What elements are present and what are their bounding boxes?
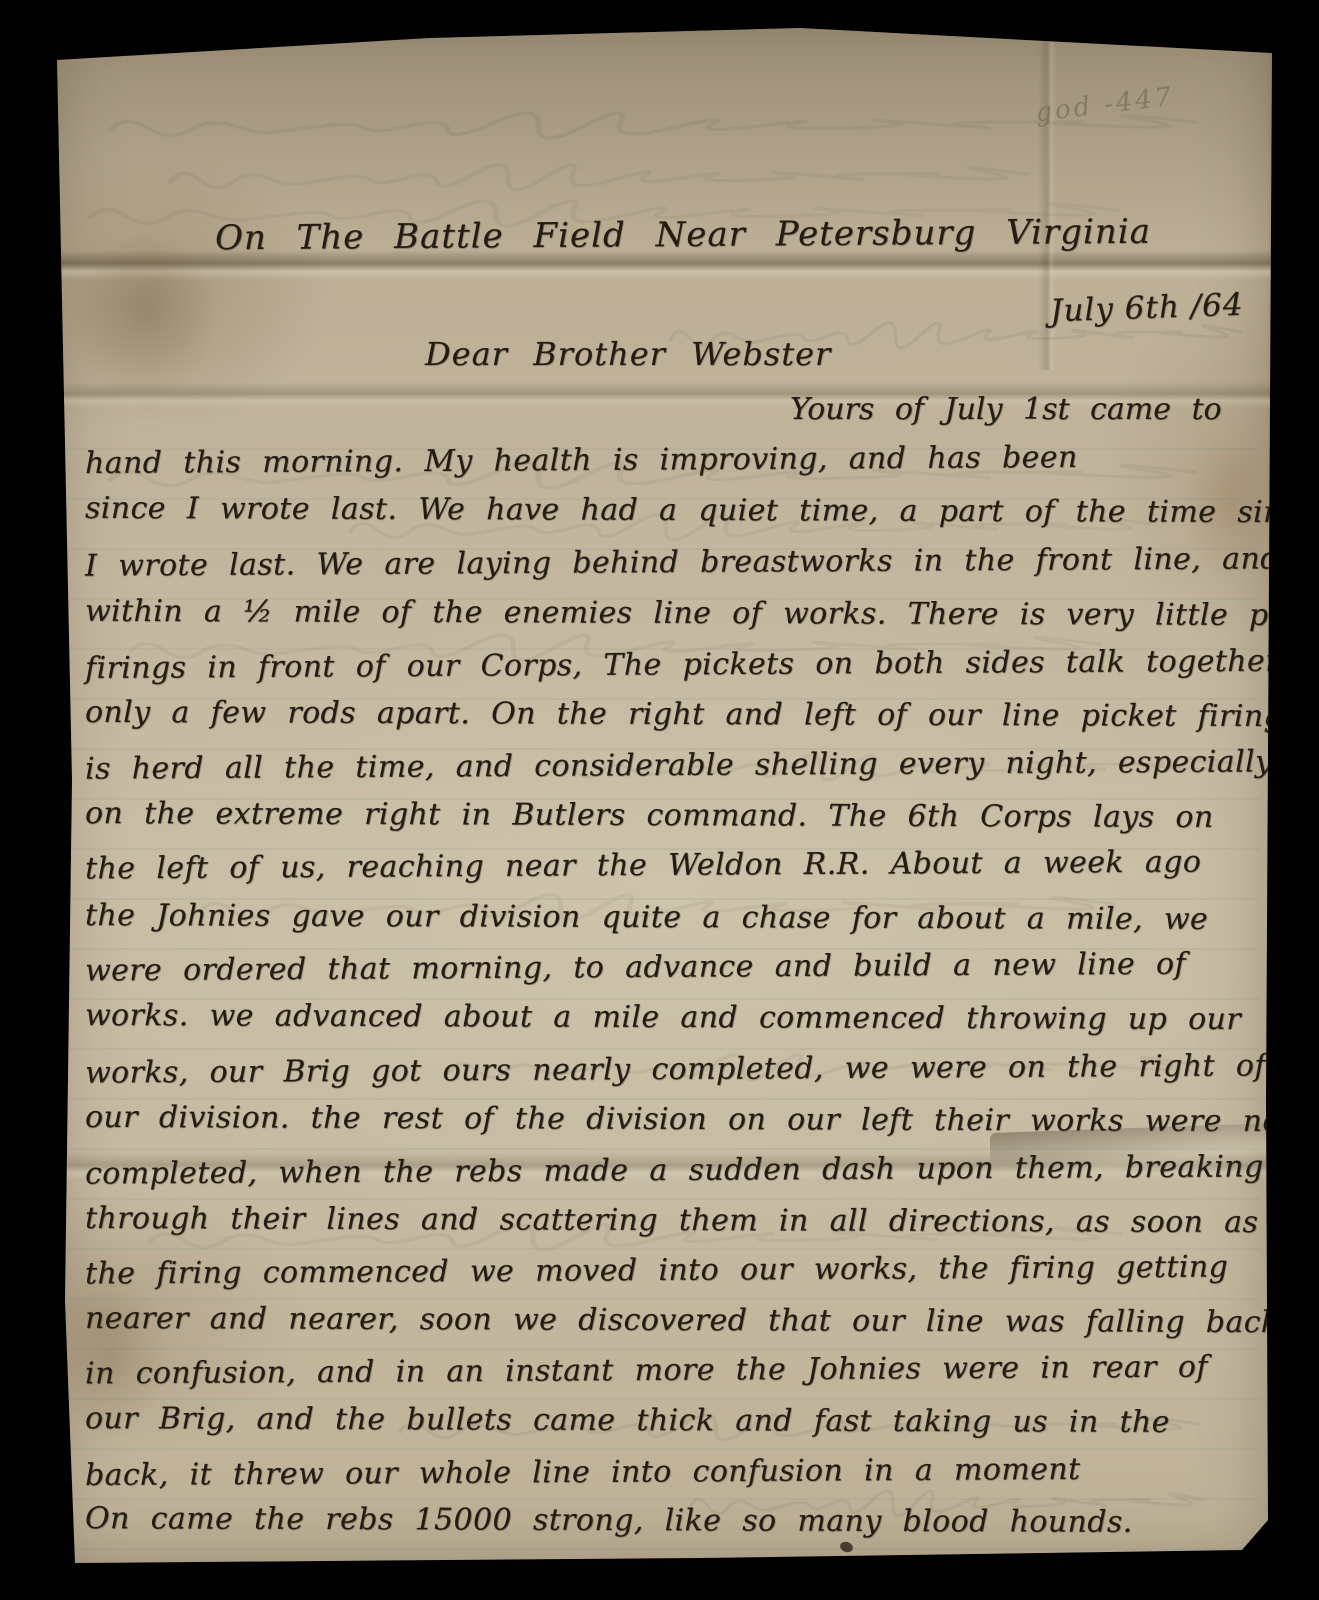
letter-body-line: is herd all the time, and considerable s… bbox=[85, 744, 1273, 786]
letter-body-line: On came the rebs 15000 strong, like so m… bbox=[85, 1501, 1133, 1540]
letter-page: god -447 On The Battle Field Near Peters… bbox=[50, 10, 1275, 1570]
letter-date: July 6th /64 bbox=[1049, 287, 1244, 330]
letter-heading: On The Battle Field Near Petersburg Virg… bbox=[215, 212, 1151, 259]
letter-body-line: firings in front of our Corps, The picke… bbox=[85, 643, 1319, 686]
letter-body-line: the Johnies gave our division quite a ch… bbox=[85, 898, 1208, 937]
paper-stain bbox=[70, 230, 220, 400]
letter-body-line: I wrote last. We are laying behind breas… bbox=[85, 541, 1280, 583]
letter-body-line: works, our Brig got ours nearly complete… bbox=[85, 1048, 1266, 1090]
letter-body-line: on the extreme right in Butlers command.… bbox=[85, 796, 1214, 835]
ink-blot bbox=[839, 1540, 855, 1554]
letter-body-line: since I wrote last. We have had a quiet … bbox=[85, 491, 1318, 530]
letter-body-line: back, it threw our whole line into confu… bbox=[85, 1452, 1081, 1493]
letter-body-line: completed, when the rebs made a sudden d… bbox=[85, 1149, 1264, 1191]
scanned-letter-photo: god -447 On The Battle Field Near Peters… bbox=[0, 0, 1319, 1600]
letter-body-line: nearer and nearer, soon we discovered th… bbox=[85, 1301, 1280, 1340]
letter-body-line: hand this morning. My health is improvin… bbox=[85, 440, 1078, 481]
letter-body-line: through their lines and scattering them … bbox=[85, 1201, 1258, 1240]
letter-opening-line: Yours of July 1st came to bbox=[790, 392, 1222, 427]
letter-salutation: Dear Brother Webster bbox=[425, 335, 831, 373]
letter-body-line: in confusion, and in an instant more the… bbox=[85, 1350, 1208, 1392]
letter-body-line: the left of us, reaching near the Weldon… bbox=[85, 845, 1201, 887]
letter-body-line: only a few rods apart. On the right and … bbox=[85, 695, 1283, 734]
letter-body-line: our division. the rest of the division o… bbox=[85, 1100, 1293, 1139]
pencil-note: god -447 bbox=[1034, 82, 1176, 129]
letter-body-line: works. we advanced about a mile and comm… bbox=[85, 998, 1241, 1037]
letter-body-line: were ordered that morning, to advance an… bbox=[85, 947, 1186, 989]
letter-body-line: the firing commenced we moved into our w… bbox=[85, 1250, 1228, 1292]
letter-body-line: our Brig, and the bullets came thick and… bbox=[85, 1401, 1170, 1440]
letter-body-line: within a ½ mile of the enemies line of w… bbox=[85, 594, 1319, 633]
